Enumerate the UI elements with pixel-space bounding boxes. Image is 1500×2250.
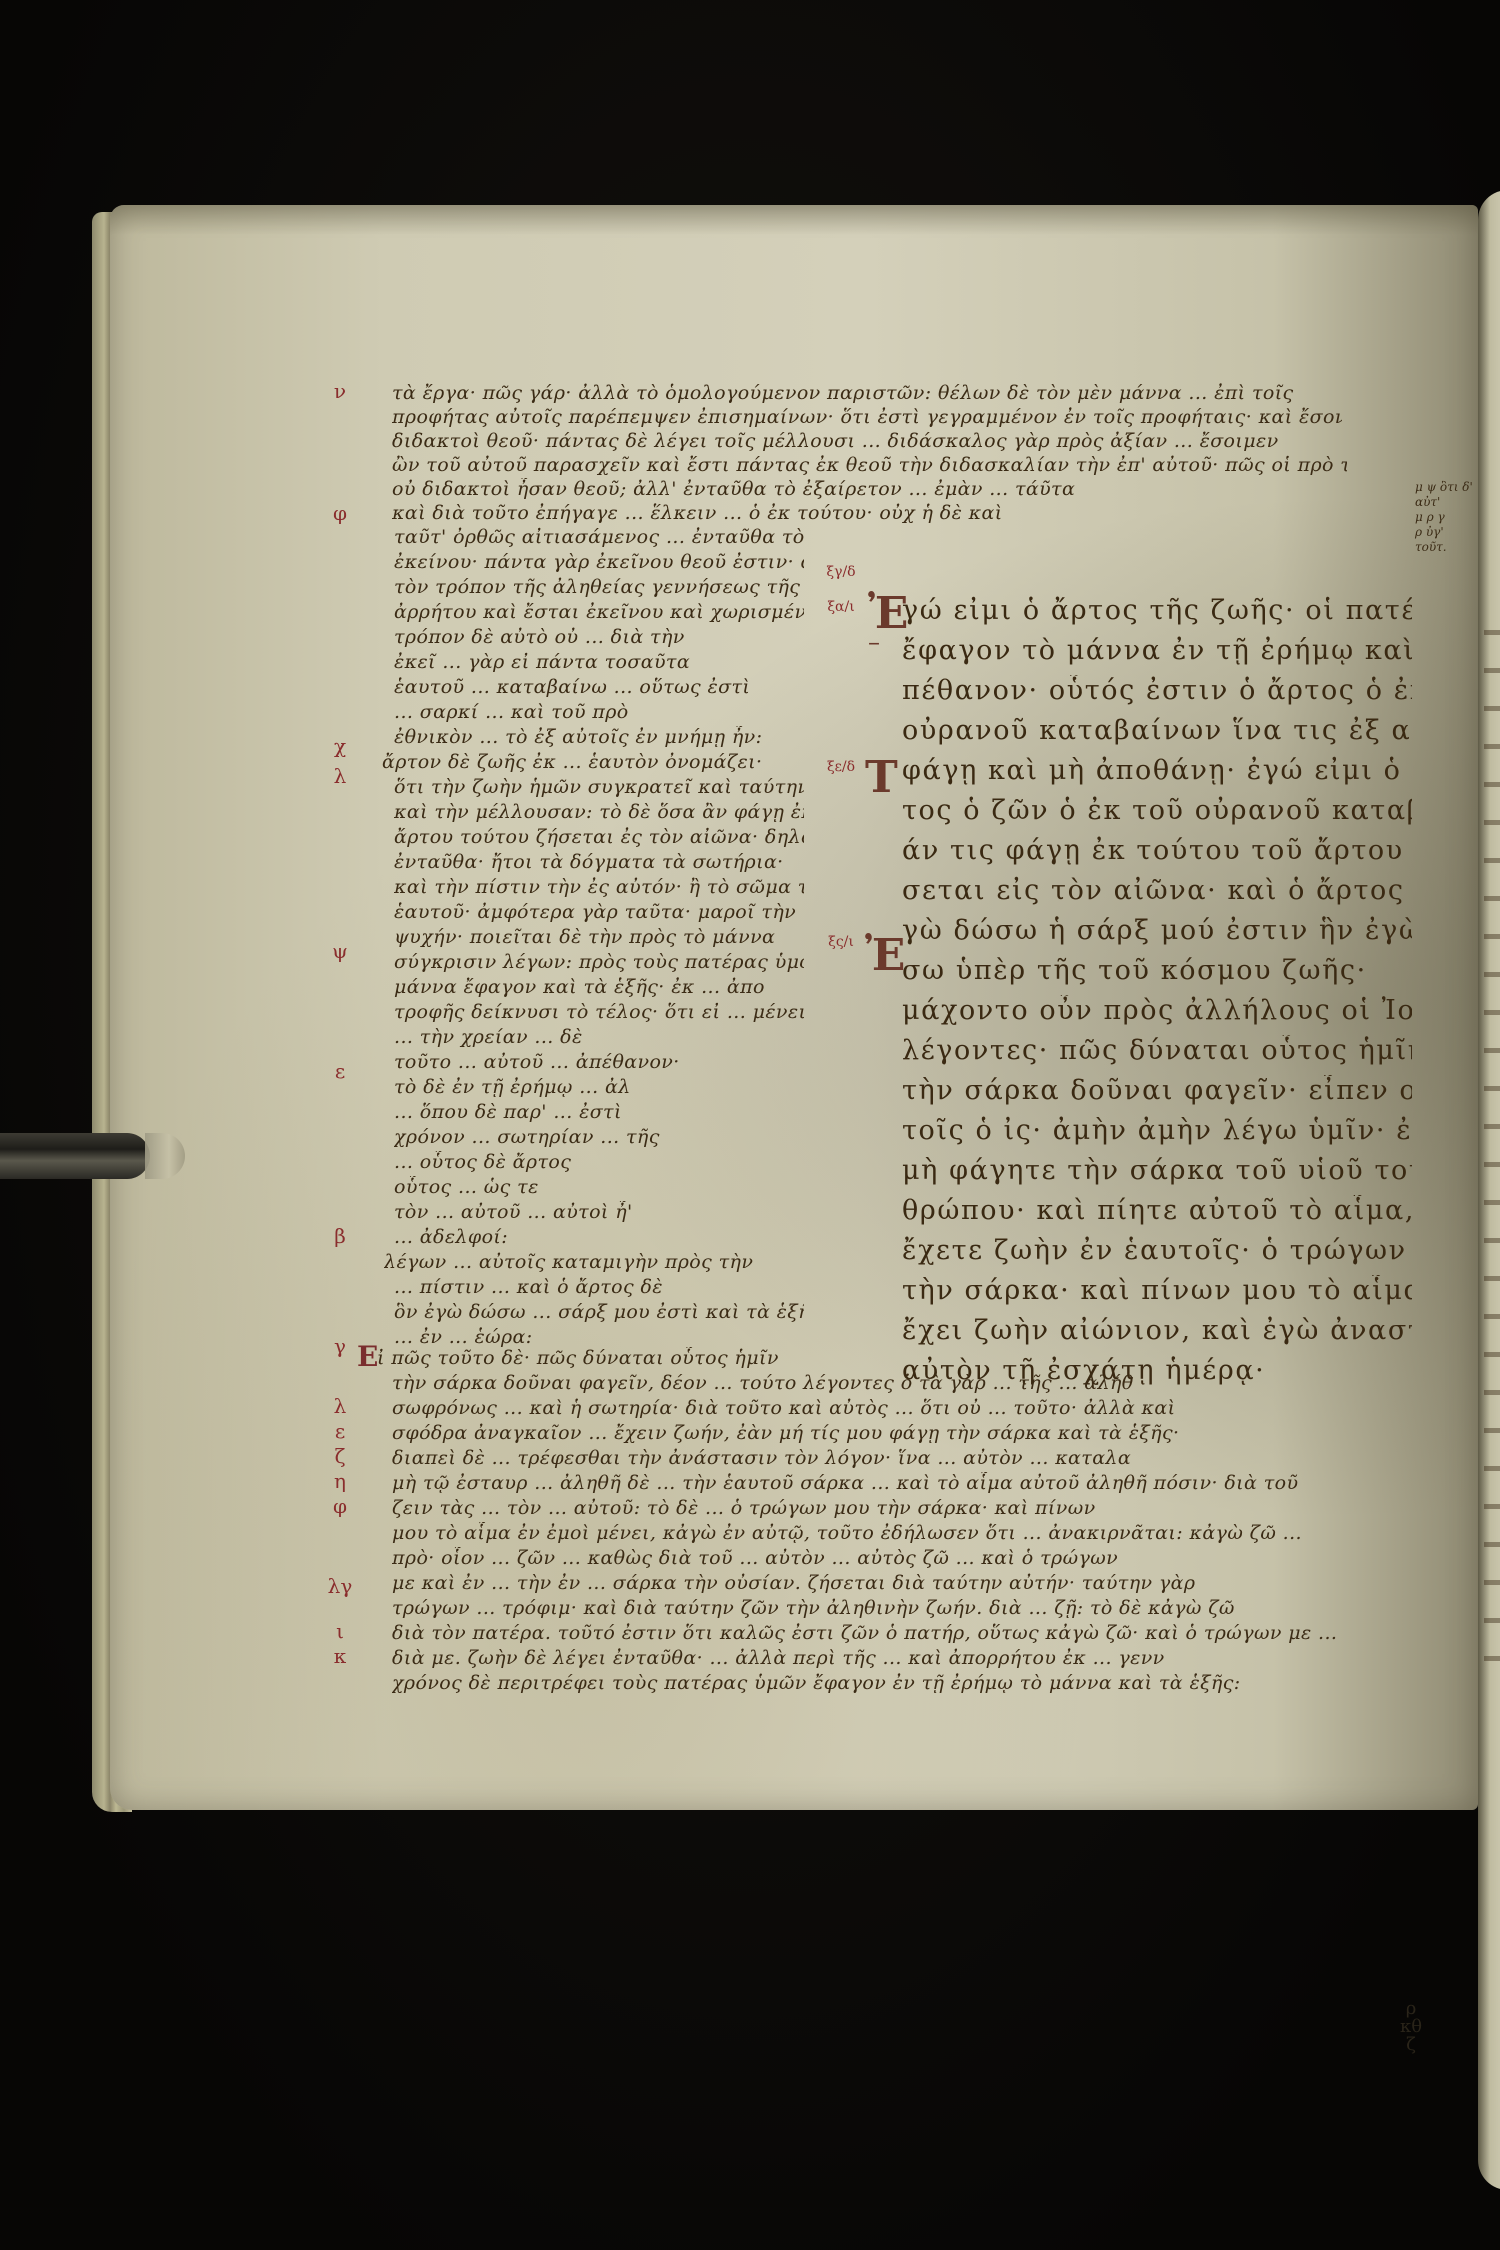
folio-number: ρ κθ ζ	[1400, 2000, 1422, 2054]
text-line: ἐθνικὸν ... τὸ ἐξ αὐτοῖς ἐν μνήμῃ ἦν:	[394, 726, 804, 748]
text-line: ὢν τοῦ αὐτοῦ παρασχεῖν καὶ ἔστι πάντας ἐ…	[392, 454, 1347, 476]
note-line: μ ρ γ	[1415, 510, 1473, 525]
text-line: διὰ με. ζωὴν δὲ λέγει ἐνταῦθα· ... ἀλλὰ …	[392, 1647, 1357, 1669]
text-line: χρόνον ... σωτηρίαν ... τῆς	[394, 1126, 804, 1148]
text-line: ψυχήν· ποιεῖται δὲ τὴν πρὸς τὸ μάννα	[394, 926, 804, 948]
text-line: τὸ δὲ ἐν τῇ ἐρήμῳ ... ἀλ	[394, 1076, 804, 1098]
lemma-line: μάχοντο οὖν πρὸς ἀλλήλους οἱ Ἰουδαῖοι	[902, 995, 1412, 1026]
text-line: χρόνος δὲ περιτρέφει τοὺς πατέρας ὑμῶν ἔ…	[392, 1672, 1357, 1694]
lemma-line: τὴν σάρκα· καὶ πίνων μου τὸ αἷμα,	[902, 1275, 1412, 1306]
text-line: ὅτι τὴν ζωὴν ἡμῶν συγκρατεῖ καὶ ταύτην	[394, 776, 804, 798]
margin-numeral: ι	[320, 1620, 360, 1642]
text-line: ... τὴν χρείαν ... δὲ	[394, 1026, 804, 1048]
text-line: τὴν σάρκα δοῦναι φαγεῖν, δέον ... τούτο …	[392, 1372, 1357, 1394]
margin-numeral: ε	[320, 1420, 360, 1442]
margin-numeral: ν	[320, 380, 360, 402]
text-line: σύγκρισιν λέγων: πρὸς τοὺς πατέρας ὑμῶν …	[394, 951, 804, 973]
note-line: ρ ὐγ'	[1415, 525, 1473, 540]
text-line: καὶ τὴν πίστιν τὴν ἐς αὐτόν· ἢ τὸ σῶμα τ…	[394, 876, 804, 898]
note-line: τοῦτ.	[1415, 540, 1473, 555]
margin-numeral: ε	[320, 1060, 360, 1082]
text-line: ἐνταῦθα· ἤτοι τὰ δόγματα τὰ σωτήρια·	[394, 851, 804, 873]
margin-numeral: η	[320, 1470, 360, 1492]
text-line: οὐ διδακτοὶ ἦσαν θεοῦ; ἀλλ' ἐνταῦθα τὸ ἐ…	[392, 478, 1347, 500]
text-line: ἐκείνου· πάντα γὰρ ἐκεῖνου θεοῦ ἐστιν· ἀ…	[394, 551, 804, 573]
text-line: ... ὅπου δὲ παρ' ... ἐστὶ	[394, 1101, 804, 1123]
initial-letter: Τ	[865, 752, 898, 803]
text-line: ... πίστιν ... καὶ ὁ ἄρτος δὲ	[394, 1276, 804, 1298]
lemma-line: θρώπου· καὶ πίητε αὐτοῦ τὸ αἷμα, οὐκ	[902, 1195, 1412, 1226]
text-line: ἰ πῶς τοῦτο δὲ· πῶς δύναται οὗτος ἡμῖν	[377, 1347, 977, 1369]
text-line: τροφῆς δείκνυσι τὸ τέλος· ὅτι εἰ ... μέν…	[394, 1001, 804, 1023]
text-line: ἀρρήτου καὶ ἔσται ἐκεῖνου καὶ χωρισμένης…	[394, 601, 804, 623]
lemma-line: ἔφαγον τὸ μάννα ἐν τῇ ἐρήμῳ καὶ ἀ-	[902, 635, 1412, 666]
text-line: καὶ τὴν μέλλουσαν: τὸ δὲ ὅσα ἂν φάγῃ ἐκ …	[394, 801, 804, 823]
marginal-note-right: μ ψ ὃτι δ' αὐτ' μ ρ γ ρ ὐγ' τοῦτ.	[1415, 480, 1473, 555]
cross-reference: ξα/ι	[826, 600, 856, 615]
lemma-line: τοῖς ὁ ἰς· ἀμὴν ἀμὴν λέγω ὑμῖν· ἐὰν	[902, 1115, 1412, 1146]
text-line: σφόδρα ἀναγκαῖον ... ἔχειν ζωήν, ἐὰν μή …	[392, 1422, 1357, 1444]
text-line: τὰ ἔργα· πῶς γάρ· ἀλλὰ τὸ ὁμολογούμενον …	[392, 382, 1342, 404]
cross-reference: ξγ/δ	[826, 565, 856, 580]
text-line: ἄρτου τούτου ζήσεται ἐς τὸν αἰῶνα· δηλοῖ	[394, 826, 804, 848]
text-line: ... οὗτος δὲ ἄρτος	[394, 1151, 804, 1173]
page-shadow	[110, 205, 1478, 235]
text-line: ἄρτον δὲ ζωῆς ἐκ ... ἑαυτὸν ὀνομάζει·	[382, 751, 804, 773]
margin-numeral: γ	[320, 1335, 360, 1357]
text-line: μὴ τῷ ἐσταυρ ... ἀληθῆ δὲ ... τὴν ἑαυτοῦ…	[392, 1472, 1357, 1494]
lemma-line: οὐρανοῦ καταβαίνων ἵνα τις ἐξ αὐτοῦ	[902, 715, 1412, 746]
lemma-line: γὼ δώσω ἡ σάρξ μού ἐστιν ἣν ἐγὼ δώ-	[902, 915, 1412, 946]
text-line: ζειν τὰς ... τὸν ... αὐτοῦ: τὸ δὲ ... ὁ …	[392, 1497, 1357, 1519]
margin-numeral: ψ	[320, 940, 360, 962]
lemma-line: ἔχει ζωὴν αἰώνιον, καὶ ἐγὼ ἀναστήσω	[902, 1315, 1412, 1346]
margin-numeral: κ	[320, 1645, 360, 1667]
text-line: τοῦτο ... αὐτοῦ ... ἀπέθανον·	[394, 1051, 804, 1073]
text-line: ἐκεῖ ... γὰρ εἰ πάντα τοσαῦτα	[394, 651, 804, 673]
text-line: ... σαρκί ... καὶ τοῦ πρὸ	[394, 701, 804, 723]
lemma-line: σω ὑπὲρ τῆς τοῦ κόσμου ζωῆς·	[902, 955, 1412, 986]
cross-reference: ξε/δ	[826, 760, 856, 775]
folio-mark: ζ	[1400, 2036, 1422, 2054]
text-line: ταῦτ' ὀρθῶς αἰτιασάμενος ... ἐνταῦθα τὸ	[394, 526, 804, 548]
lemma-line: γώ εἰμι ὁ ἄρτος τῆς ζωῆς· οἱ πατέρες ὑμῶ…	[902, 595, 1412, 626]
text-line: πρὸ· οἷον ... ζῶν ... καθὼς διὰ τοῦ ... …	[392, 1547, 1357, 1569]
lemma-line: σεται εἰς τὸν αἰῶνα· καὶ ὁ ἄρτος δὲ ὃν ἐ…	[902, 875, 1412, 906]
text-line: μάννα ἔφαγον καὶ τὰ ἑξῆς· ἐκ ... ἀπο	[394, 976, 804, 998]
dash-mark: –	[868, 628, 880, 656]
text-line: προφήτας αὐτοῖς παρέπεμψεν ἐπισημαίνων· …	[392, 406, 1342, 428]
facing-page-text-ghost	[1484, 630, 1500, 1690]
lemma-line: πέθανον· οὗτός ἐστιν ὁ ἄρτος ὁ ἐκ τοῦ	[902, 675, 1412, 706]
initial-letter: Ἐ	[865, 930, 905, 981]
lemma-line: τος ὁ ζῶν ὁ ἐκ τοῦ οὐρανοῦ καταβάς· ἐ-	[902, 795, 1412, 826]
margin-numeral: φ	[320, 1495, 360, 1517]
text-line: διαπεὶ δὲ ... τρέφεσθαι τὴν ἀνάστασιν τὸ…	[392, 1447, 1357, 1469]
text-line: τρόπον δὲ αὐτὸ οὐ ... διὰ τὴν	[394, 626, 804, 648]
text-line: σωφρόνως ... καὶ ἡ σωτηρία· διὰ τοῦτο κα…	[392, 1397, 1357, 1419]
text-line: οὗτος ... ὡς τε	[394, 1176, 804, 1198]
note-line: αὐτ'	[1415, 495, 1473, 510]
margin-numeral: ζ	[320, 1445, 360, 1467]
lemma-line: φάγῃ καὶ μὴ ἀποθάνῃ· ἐγώ εἰμι ὁ ἄρ-	[902, 755, 1412, 786]
text-line: διὰ τὸν πατέρα. τοῦτό ἐστιν ὅτι καλῶς ἐσ…	[392, 1622, 1357, 1644]
margin-numeral: β	[320, 1225, 360, 1247]
lemma-line: λέγοντες· πῶς δύναται οὗτος ἡμῖν	[902, 1035, 1412, 1066]
margin-numeral: λ	[320, 765, 360, 787]
text-line: τὸν τρόπον τῆς ἀληθείας γεννήσεως τῆς	[394, 576, 804, 598]
note-line: μ ψ ὃτι δ'	[1415, 480, 1473, 495]
text-line: τὸν ... αὐτοῦ ... αὐτοὶ ἦ'	[394, 1201, 804, 1223]
text-line: ... ἀδελφοί:	[394, 1226, 804, 1248]
margin-numeral: λ	[320, 1395, 360, 1417]
lemma-line: άν τις φάγῃ ἐκ τούτου τοῦ ἄρτου ζή-	[902, 835, 1412, 866]
text-line: μου τὸ αἷμα ἐν ἐμοὶ μένει, κἀγὼ ἐν αὐτῷ,…	[392, 1522, 1357, 1544]
text-line: τρώγων ... τρόφιμ· καὶ διὰ ταύτην ζῶν τὴ…	[392, 1597, 1357, 1619]
text-line: ἑαυτοῦ ... καταβαίνω ... οὕτως ἐστὶ	[394, 676, 804, 698]
text-line: ... ἐν ... ἑώρα:	[394, 1326, 804, 1348]
text-line: ἑαυτοῦ· ἀμφότερα γὰρ ταῦτα· μαροῖ τὴν	[394, 901, 804, 923]
initial-letter: Ε	[357, 1340, 378, 1373]
margin-numeral: λγ	[320, 1575, 360, 1597]
facing-page-edge	[1478, 190, 1500, 2190]
text-line: διδακτοὶ θεοῦ· πάντας δὲ λέγει τοῖς μέλλ…	[392, 430, 1342, 452]
margin-numeral: χ	[320, 735, 360, 757]
lemma-line: μὴ φάγητε τὴν σάρκα τοῦ υἱοῦ τοῦ ἀν-	[902, 1155, 1412, 1186]
margin-numeral: φ	[320, 502, 360, 524]
cross-reference: ξς/ι	[826, 935, 856, 950]
text-line: ὃν ἐγὼ δώσω ... σάρξ μου ἐστὶ καὶ τὰ ἑξῆ…	[394, 1301, 804, 1323]
text-line: με καὶ ἐν ... τὴν ἐν ... σάρκα τὴν οὐσία…	[392, 1572, 1357, 1594]
lemma-line: τὴν σάρκα δοῦναι φαγεῖν· εἶπεν οὖν αὐ-	[902, 1075, 1412, 1106]
text-line: καὶ διὰ τοῦτο ἐπήγαγε ... ἕλκειν ... ὁ ἐ…	[392, 502, 1347, 524]
lemma-line: ἔχετε ζωὴν ἐν ἑαυτοῖς· ὁ τρώγων μου	[902, 1235, 1412, 1266]
text-line: λέγων ... αὐτοῖς καταμιγὴν πρὸς τὴν	[384, 1251, 804, 1273]
page-weight-rod	[0, 1133, 150, 1179]
